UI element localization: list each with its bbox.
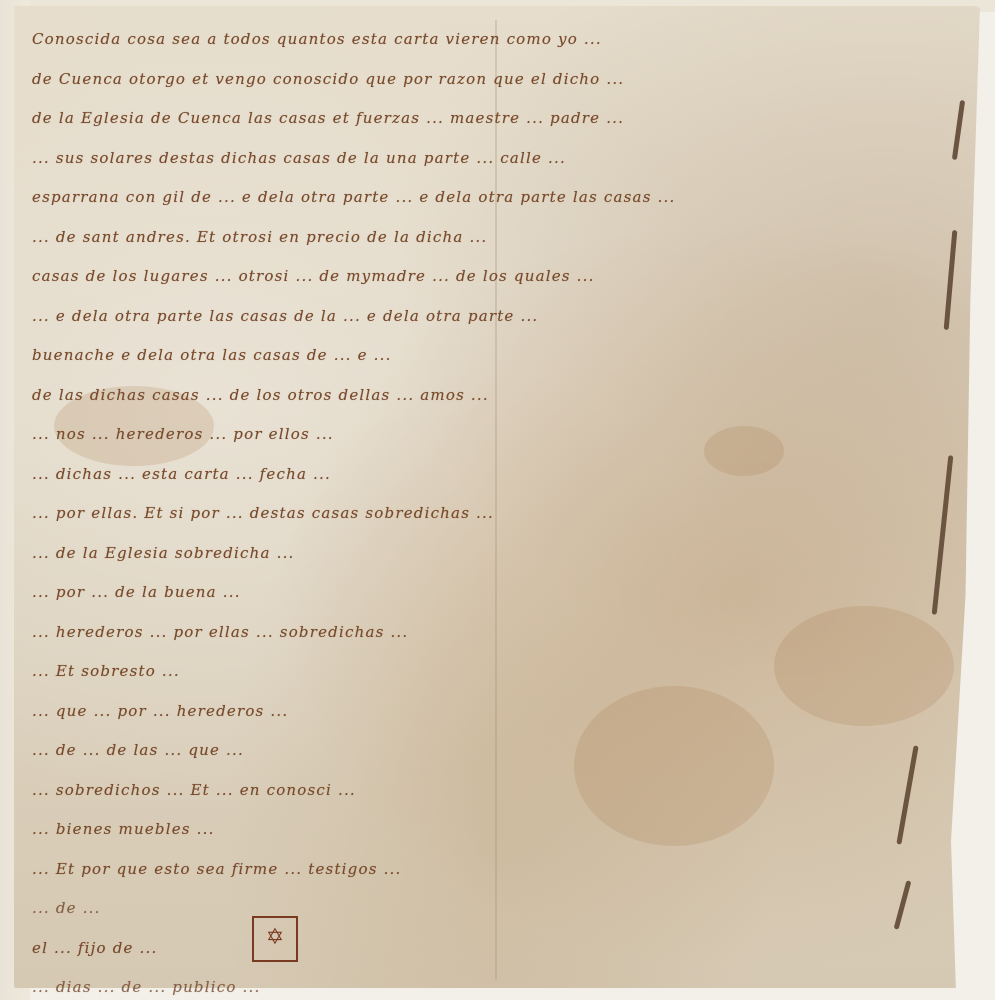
text-line: casas de los lugares ... otrosi ... de m… [32,257,962,297]
text-line: ... por ellas. Et si por ... destas casa… [32,494,962,534]
text-line: esparrana con gil de ... e dela otra par… [32,178,962,218]
text-line: Conoscida cosa sea a todos quantos esta … [32,20,962,60]
text-line: de la Eglesia de Cuenca las casas et fue… [32,99,962,139]
text-line: ... de ... [32,889,962,929]
text-line: el ... fijo de ... [32,929,962,969]
notarial-sign-icon: ✡ [252,916,298,962]
text-line: ... nos ... herederos ... por ellos ... [32,415,962,455]
text-line: ... de la Eglesia sobredicha ... [32,534,962,574]
text-line: ... Et por que esto sea firme ... testig… [32,850,962,890]
text-line: ... dichas ... esta carta ... fecha ... [32,455,962,495]
text-line: de las dichas casas ... de los otros del… [32,376,962,416]
text-line: ... que ... por ... herederos ... [32,692,962,732]
text-line: de Cuenca otorgo et vengo conoscido que … [32,60,962,100]
text-line: ... herederos ... por ellas ... sobredic… [32,613,962,653]
text-line: ... Et sobresto ... [32,652,962,692]
manuscript-text: Conoscida cosa sea a todos quantos esta … [32,20,962,1000]
text-line: buenache e dela otra las casas de ... e … [32,336,962,376]
text-line: ... de ... de las ... que ... [32,731,962,771]
text-line: ... sobredichos ... Et ... en conosci ..… [32,771,962,811]
text-line: ... bienes muebles ... [32,810,962,850]
text-line: ... por ... de la buena ... [32,573,962,613]
text-line: ... de sant andres. Et otrosi en precio … [32,218,962,258]
text-line: ... dias ... de ... publico ... [32,968,962,1000]
text-line: ... e dela otra parte las casas de la ..… [32,297,962,337]
text-line: ... sus solares destas dichas casas de l… [32,139,962,179]
